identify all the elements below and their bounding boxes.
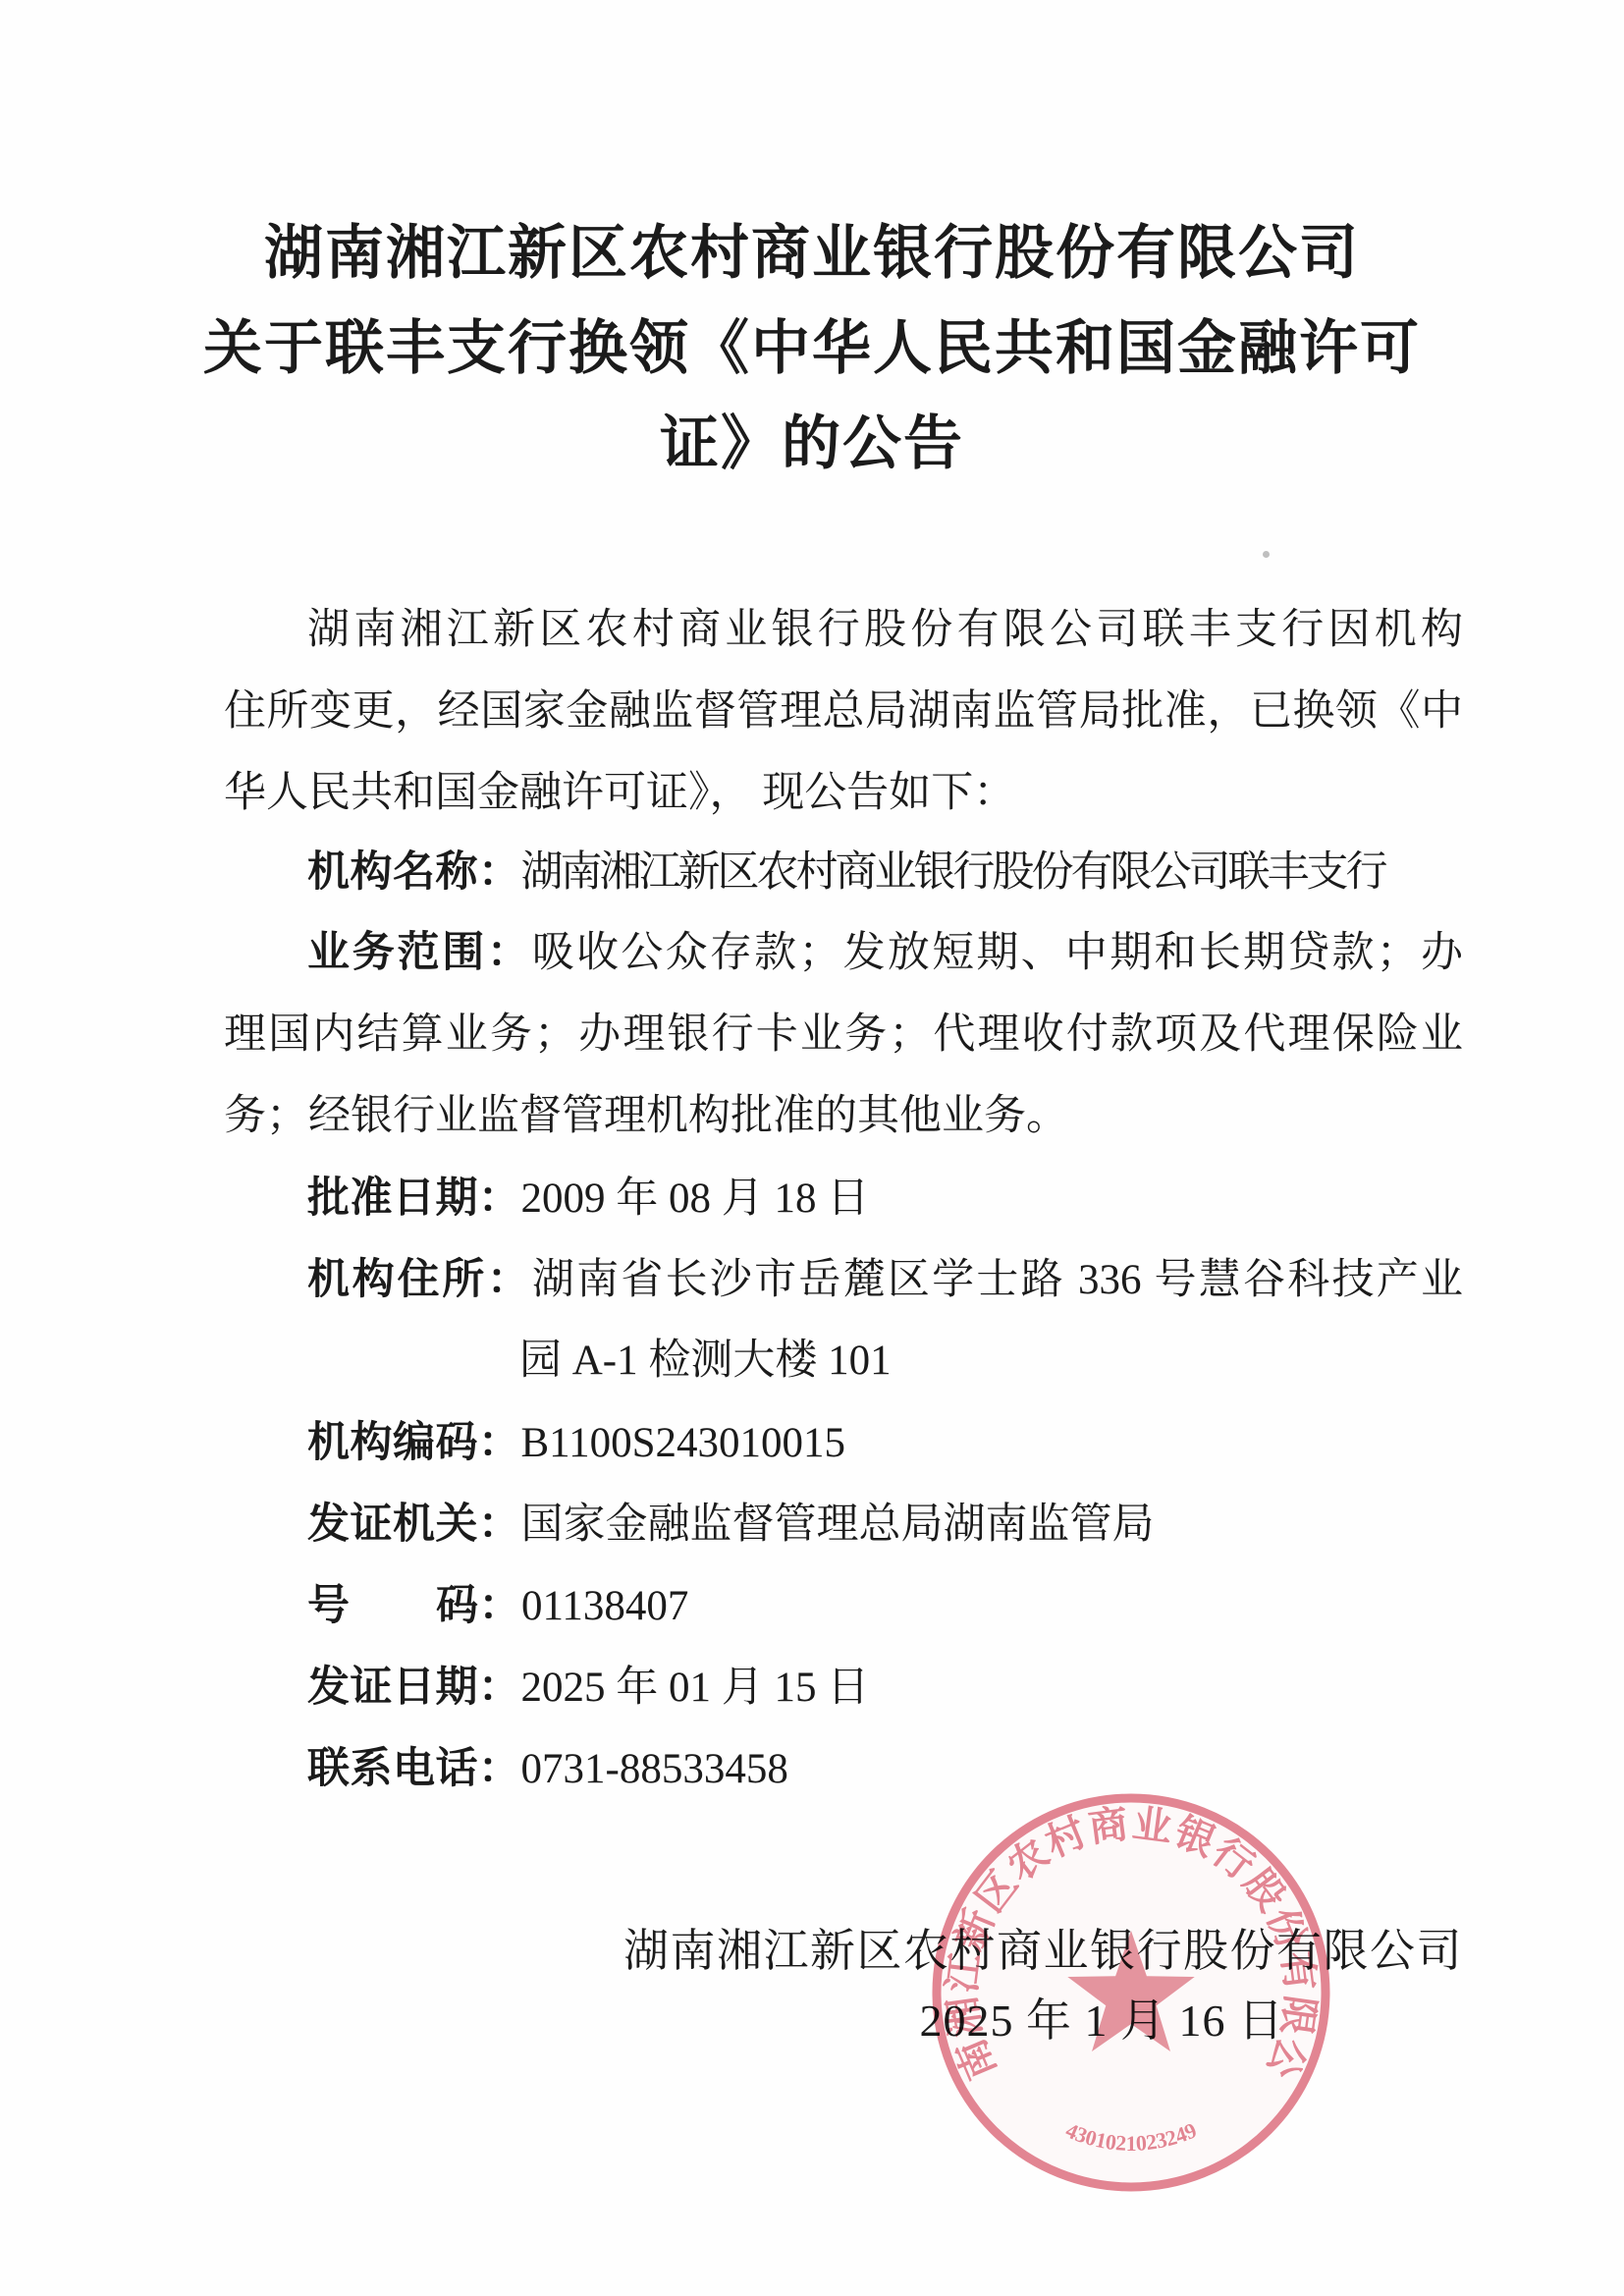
body-line: 园 A-1 检测大楼 101 bbox=[519, 1335, 892, 1388]
field-value: B1100S243010015 bbox=[521, 1420, 846, 1466]
document-page: 湖南湘江新区农村商业银行股份有限公司 关于联丰支行换领《中华人民共和国金融许可 … bbox=[0, 0, 1624, 2296]
body-line: 务；经银行业监督管理机构批准的其他业务。 bbox=[224, 1090, 1068, 1143]
field-value: 2025 年 01 月 15 日 bbox=[521, 1665, 870, 1711]
body-line: 批准日期：2009 年 08 月 18 日 bbox=[307, 1172, 869, 1225]
field-label: 业务范围： bbox=[307, 929, 532, 976]
field-label: 发证机关： bbox=[307, 1501, 521, 1548]
body-line: 业务范围：吸收公众存款；发放短期、中期和长期贷款；办 bbox=[307, 926, 1463, 979]
field-value: 湖南省长沙市岳麓区学士路 336 号慧谷科技产业 bbox=[532, 1257, 1463, 1303]
body-line: 机构编码：B1100S243010015 bbox=[307, 1416, 845, 1469]
title-line-2: 关于联丰支行换领《中华人民共和国金融许可 bbox=[0, 301, 1624, 397]
title-line-3: 证》的公告 bbox=[0, 397, 1624, 492]
field-label: 机构名称： bbox=[307, 848, 521, 896]
field-label: 联系电话： bbox=[307, 1745, 521, 1792]
field-label: 批准日期： bbox=[307, 1175, 521, 1222]
body-line: 机构名称：湖南湘江新区农村商业银行股份有限公司联丰支行 bbox=[307, 846, 1385, 899]
announcement-title: 湖南湘江新区农村商业银行股份有限公司 关于联丰支行换领《中华人民共和国金融许可 … bbox=[0, 206, 1624, 492]
body-line: 联系电话：0731-88533458 bbox=[307, 1742, 788, 1795]
official-seal: 湖南湘江新区农村商业银行股份有限公司 4301021023249 bbox=[925, 1786, 1337, 2199]
body-line: 华人民共和国金融许可证》， 现公告如下： bbox=[224, 767, 1015, 820]
field-value: 湖南湘江新区农村商业银行股份有限公司联丰支行 bbox=[521, 849, 1385, 896]
stray-mark bbox=[1263, 551, 1270, 558]
field-value: 2009 年 08 月 18 日 bbox=[521, 1175, 870, 1222]
field-label: 机构编码： bbox=[307, 1419, 521, 1466]
field-value: 01138407 bbox=[521, 1583, 688, 1629]
body-line: 湖南湘江新区农村商业银行股份有限公司联丰支行因机构 bbox=[307, 604, 1463, 657]
field-label: 机构住所： bbox=[307, 1256, 532, 1303]
body-line: 理国内结算业务；办理银行卡业务；代理收付款项及代理保险业 bbox=[224, 1009, 1463, 1062]
field-value: 国家金融监督管理总局湖南监管局 bbox=[521, 1502, 1155, 1548]
field-label: 发证日期： bbox=[307, 1664, 521, 1711]
body-line: 机构住所：湖南省长沙市岳麓区学士路 336 号慧谷科技产业 bbox=[307, 1253, 1463, 1306]
field-label: 号码： bbox=[307, 1579, 521, 1632]
field-label-part: 号 bbox=[307, 1579, 351, 1632]
body-line: 发证日期：2025 年 01 月 15 日 bbox=[307, 1661, 869, 1714]
body-line: 发证机关：国家金融监督管理总局湖南监管局 bbox=[307, 1498, 1155, 1551]
field-label-part: 码： bbox=[436, 1579, 521, 1632]
title-line-1: 湖南湘江新区农村商业银行股份有限公司 bbox=[0, 206, 1624, 301]
field-value: 0731-88533458 bbox=[521, 1746, 788, 1792]
body-line: 住所变更，经国家金融监督管理总局湖南监管局批准，已换领《中 bbox=[224, 685, 1463, 738]
body-line: 号码：01138407 bbox=[307, 1579, 688, 1632]
field-value: 吸收公众存款；发放短期、中期和长期贷款；办 bbox=[532, 930, 1463, 976]
